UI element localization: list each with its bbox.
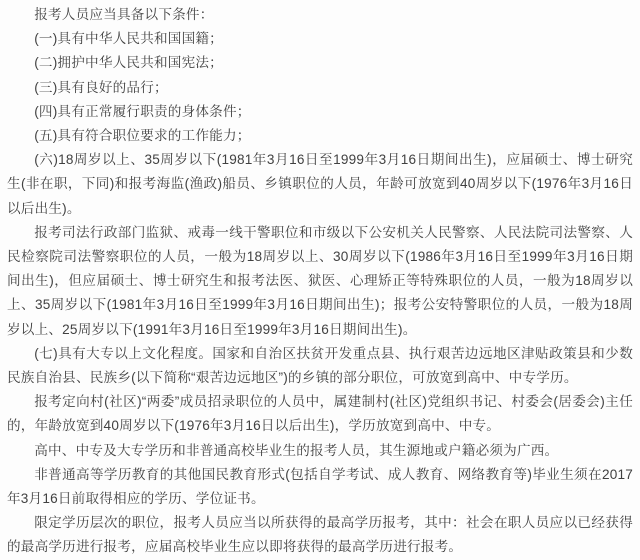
paragraph-police-age-rules: 报考司法行政部门监狱、戒毒一线干警职位和市级以下公安机关人民警察、人民法院司法警… bbox=[7, 221, 633, 342]
paragraph-condition-3: (三)具有良好的品行； bbox=[7, 76, 633, 100]
paragraph-condition-6-age: (六)18周岁以上、35周岁以下(1981年3月16日至1999年3月16日期间… bbox=[7, 148, 633, 221]
paragraph-condition-7-education: (七)具有大专以上文化程度。国家和自治区扶贫开发重点县、执行艰苦边远地区津贴政策… bbox=[7, 342, 633, 390]
paragraph-condition-4: (四)具有正常履行职责的身体条件； bbox=[7, 100, 633, 124]
paragraph-guangxi-household: 高中、中专及大专学历和非普通高校毕业生的报考人员，其生源地或户籍必须为广西。 bbox=[7, 439, 633, 463]
paragraph-condition-1: (一)具有中华人民共和国国籍； bbox=[7, 27, 633, 51]
paragraph-village-committee: 报考定向村(社区)“两委”成员招录职位的人员中，属建制村(社区)党组织书记、村委… bbox=[7, 390, 633, 438]
paragraph-intro: 报考人员应当具备以下条件： bbox=[7, 3, 633, 27]
paragraph-highest-degree: 限定学历层次的职位，报考人员应当以所获得的最高学历报考，其中：社会在职人员应以已… bbox=[7, 511, 633, 559]
paragraph-condition-5: (五)具有符合职位要求的工作能力； bbox=[7, 124, 633, 148]
paragraph-condition-2: (二)拥护中华人民共和国宪法； bbox=[7, 51, 633, 75]
document-body: 报考人员应当具备以下条件： (一)具有中华人民共和国国籍； (二)拥护中华人民共… bbox=[0, 0, 640, 560]
paragraph-nonstandard-education: 非普通高等学历教育的其他国民教育形式(包括自学考试、成人教育、网络教育等)毕业生… bbox=[7, 463, 633, 511]
